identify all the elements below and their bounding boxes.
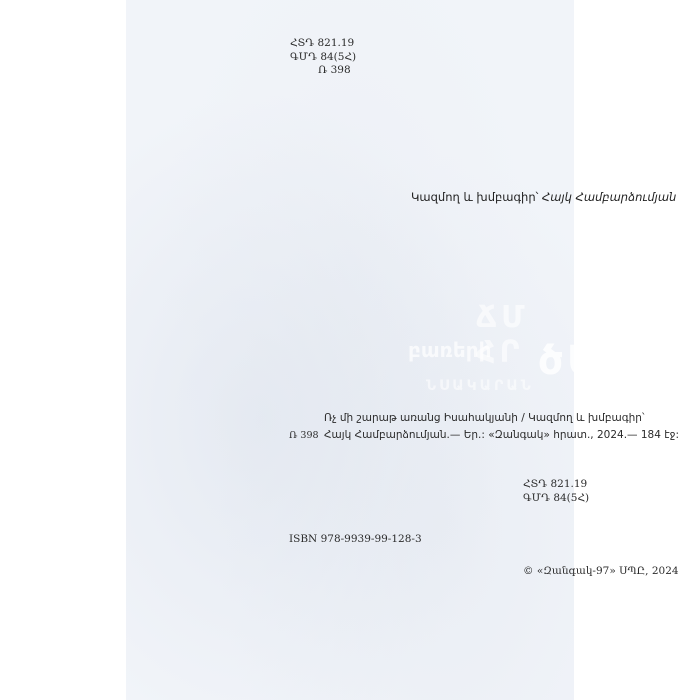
classification-block-top: ՀՏԴ 821.19 ԳՄԴ 84(5Հ) Ռ 398 [290, 37, 356, 78]
citation-line-2: Ռ 398Հայկ Համբարձումյան.— Եր.: «Զանգակ» … [289, 429, 679, 446]
compiler-name: Հայկ Համբարձումյան [542, 190, 676, 204]
author-mark: Ռ 398 [290, 64, 356, 78]
udc-code: ՀՏԴ 821.19 [290, 37, 356, 51]
copyright-notice: © «Զանգակ-97» ՍՊԸ, 2024 [523, 565, 679, 578]
showthrough-text: ՆՍԱԿԱՐԱՆ [426, 378, 534, 394]
showthrough-text: ծՍՊՍՏ [538, 338, 699, 384]
citation-line-2-text: Հայկ Համբարձումյան.— Եր.: «Զանգակ» հրատ.… [324, 429, 679, 441]
showthrough-text: բառերի [408, 338, 491, 362]
classification-block-bottom: ՀՏԴ 821.19 ԳՄԴ 84(5Հ) [523, 478, 589, 506]
bbk-code: ԳՄԴ 84(5Հ) [290, 51, 356, 65]
isbn: ISBN 978-9939-99-128-3 [289, 533, 422, 546]
compiler-label: Կազմող և խմբագիր՝ [411, 190, 538, 204]
udc-code: ՀՏԴ 821.19 [523, 478, 589, 492]
bibliographic-citation: Ռչ մի շարաթ առանց Իսահակյանի / Կազմող և … [289, 412, 679, 446]
citation-author-mark: Ռ 398 [289, 429, 324, 442]
bbk-code: ԳՄԴ 84(5Հ) [523, 492, 589, 506]
showthrough-text: ՃՄ ՀՐ [476, 300, 574, 370]
citation-line-1: Ռչ մի շարաթ առանց Իսահակյանի / Կազմող և … [289, 412, 679, 429]
book-page: ՃՄ ՀՐ բառերի ծՍՊՍՏ ՆՍԱԿԱՐԱՆ ՀՏԴ 821.19 Գ… [126, 0, 574, 700]
compiler-credit: Կազմող և խմբագիր՝ Հայկ Համբարձումյան [411, 191, 676, 204]
